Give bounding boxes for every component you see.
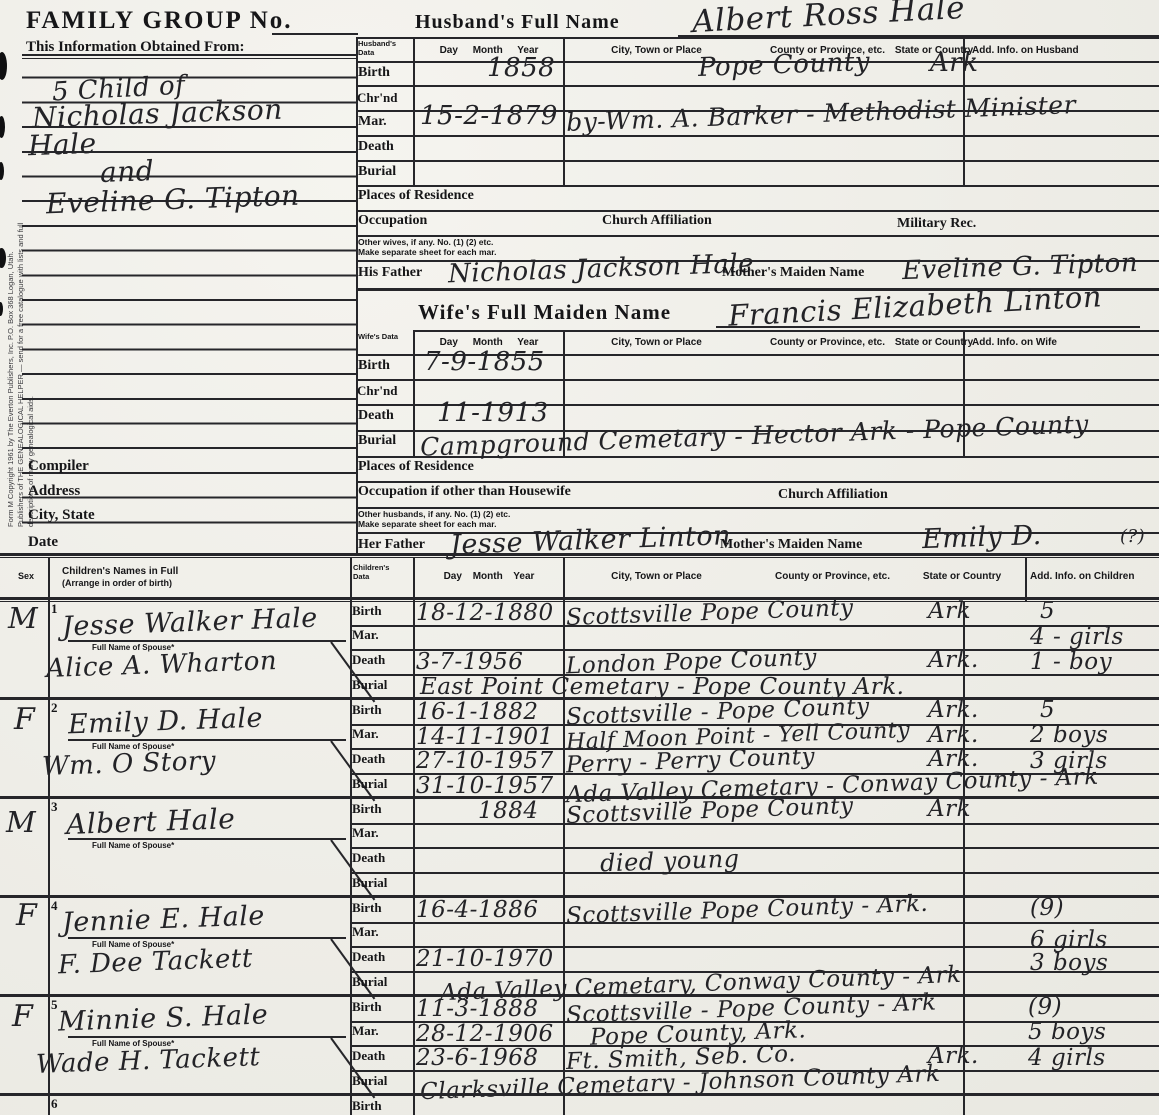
row-label: Chr'nd [357,91,397,104]
places-of-residence-label: Places of Residence [358,189,474,203]
scan-artifact [0,162,4,180]
rule-line [356,85,1159,87]
places-of-residence-label: Places of Residence [358,460,474,474]
wife-name-label: Wife's Full Maiden Name [418,302,671,323]
col-header-add-info: Add. Info. on Children [1030,571,1157,582]
column-line [1025,557,1027,601]
rule-line [0,557,1159,558]
row-label: Chr'nd [357,384,397,397]
column-line [413,557,415,1115]
child-number: 6 [51,1097,58,1110]
cell-state: Ark [930,50,978,76]
child-name: Minnie S. Hale [58,1001,269,1035]
church-affiliation-label: Church Affiliation [778,488,888,502]
row-label: Death [352,851,385,864]
cell-note: by-Wm. A. Barker - Methodist Minister [566,92,1077,135]
row-label: Birth [352,1099,382,1112]
her-father-label: Her Father [358,538,425,552]
scan-artifact [0,116,5,138]
row-label: Burial [358,434,396,448]
col-header-county: County or Province, etc. [745,571,920,582]
scan-artifact [0,52,7,80]
cell-date: 1858 [487,55,555,81]
cell-info: 5 boys [1028,1021,1106,1044]
cell-info: 5 [1040,600,1055,623]
row-label: Birth [352,901,382,914]
rule-line [0,1093,1159,1096]
row-label: Death [352,950,385,963]
row-label: Mar. [352,727,379,740]
rule-line [272,33,358,35]
rule-line [0,601,1159,602]
his-father-label: His Father [358,266,422,280]
row-label: Burial [352,678,387,691]
rule-line [0,553,1159,556]
cell-date: 15-2-1879 [420,103,558,129]
cell-date: 7-9-1855 [424,349,545,375]
address-label: Address [28,484,80,499]
cell-date: 1884 [478,800,539,823]
child-sex: M [6,808,36,837]
child-number: 4 [51,899,58,912]
cell-info: 5 [1040,699,1055,722]
cell-info: 4 girls [1028,1047,1106,1070]
husband-name-label: Husband's Full Name [415,12,620,32]
child-sex: F [12,1002,33,1032]
rule-line [350,847,1159,849]
child-name: Jesse Walker Hale [62,605,319,641]
cell-place: died young [600,847,740,876]
row-label: Death [352,752,385,765]
rule-line [350,823,1159,825]
col-header-add-info: Add. Info. on Wife [972,337,1159,348]
child-spouse: Wade H. Tackett [36,1044,261,1078]
row-label: Birth [358,66,390,80]
child-spouse: Alice A. Wharton [46,648,278,682]
cell-date: 3-7-1956 [416,651,523,674]
cell-info: 6 girls [1030,929,1108,952]
col-header-city: City, Town or Place [563,571,750,582]
cell-county: Pope County [698,49,871,81]
row-label: Death [352,1049,385,1062]
child-spouse: Wm. O Story [42,748,217,780]
row-label: Mar. [352,925,379,938]
rule-line [356,481,1159,483]
row-label: Death [358,409,394,423]
children-data-header: Children's Data [353,564,407,581]
rule-line [0,895,1159,898]
cell-state: Ark [928,798,971,821]
column-line [563,557,565,1115]
mothers-maiden-name-value: Eveline G. Tipton [902,250,1139,284]
rule-line [356,379,1159,381]
rule-line [716,326,1140,328]
child-number: 1 [51,602,58,615]
occupation-label: Occupation [358,214,427,228]
mothers-maiden-name-note: (?) [1120,528,1145,546]
row-label: Burial [352,1074,387,1087]
rule-line [0,597,1159,600]
child-number: 5 [51,998,58,1011]
row-label: Death [352,653,385,666]
cell-date: 31-10-1957 [416,775,554,798]
cell-state: Ark [928,600,971,623]
row-label: Burial [352,777,387,790]
rule-line [356,210,1159,212]
mothers-maiden-name-label: Mother's Maiden Name [722,266,864,280]
row-label: Burial [352,975,387,988]
col-header-children-names: Children's Names in Full [62,566,178,577]
column-line [963,601,965,1115]
col-header-state: State or Country [903,571,1021,582]
row-label: Birth [352,802,382,815]
child-sex: F [14,705,35,735]
rule-line [356,135,1159,137]
occupation-label: Occupation if other than Housewife [358,485,571,499]
scan-artifact [0,302,3,316]
rule-line [68,739,346,741]
info-obtained-label: This Information Obtained From: [26,40,245,55]
row-label: Birth [352,1000,382,1013]
husband-name-value: Albert Ross Hale [691,0,965,38]
col-header-day-month-year: Day Month Year [415,571,563,582]
column-line [413,330,415,456]
rule-line [68,838,346,840]
row-label: Mar. [352,1024,379,1037]
cell-date: 14-11-1901 [416,726,554,749]
cell-info: (9) [1028,996,1062,1019]
child-number: 3 [51,800,58,813]
cell-info: (9) [1030,897,1064,920]
cell-date: 16-4-1886 [416,899,538,922]
rule-line [356,37,1159,39]
info-note: and [100,157,155,187]
col-header-city: City, Town or Place [563,337,750,348]
cell-info: 1 - boy [1030,651,1112,674]
church-affiliation-label: Church Affiliation [602,214,712,228]
column-line [48,557,50,1115]
compiler-label: Compiler [28,459,89,474]
mothers-maiden-name-value: Emily D. [922,522,1043,553]
cell-state: Ark. [928,724,979,747]
rule-line [68,640,346,642]
child-spouse: F. Dee Tackett [58,946,254,979]
cell-date: 23-6-1968 [416,1047,538,1070]
cell-info: 3 boys [1030,952,1108,975]
mothers-maiden-name-label: Mother's Maiden Name [720,538,862,552]
cell-date: 11-1913 [437,400,549,426]
child-number: 2 [51,701,58,714]
child-sex: F [16,901,37,931]
husband-data-header: Husband's Data [358,40,412,57]
child-name: Albert Hale [66,805,236,839]
col-header-children-names-sub: (Arrange in order of birth) [62,579,172,589]
child-name: Emily D. Hale [68,705,264,739]
row-label: Mar. [352,628,379,641]
spouse-label: Full Name of Spouse* [92,841,174,850]
date-label: Date [28,535,58,550]
row-label: Death [358,140,394,154]
row-label: Birth [352,703,382,716]
cell-info: 2 boys [1030,724,1108,747]
form-title: FAMILY GROUP No. [26,8,293,33]
rule-line [356,160,1159,162]
row-label: Birth [358,359,390,373]
rule-line [0,994,1159,997]
cell-date: 18-12-1880 [416,602,554,625]
rule-line [413,330,1159,332]
child-sex: M [8,604,38,633]
col-header-sex: Sex [8,572,44,582]
rule-line [68,937,346,939]
rule-line [350,872,1159,874]
row-label: Birth [352,604,382,617]
cell-date: 28-12-1906 [416,1023,554,1046]
rule-line [0,697,1159,700]
row-label: Mar. [352,826,379,839]
cell-state: Ark. [928,699,979,722]
col-header-add-info: Add. Info. on Husband [972,45,1159,56]
family-group-sheet: Form M Copyright 1961 by The Everton Pub… [0,0,1159,1115]
info-note: Eveline G. Tipton [46,182,300,219]
city-state-label: City, State [28,508,95,523]
military-rec-label: Military Rec. [897,217,976,231]
other-wives-note: Make separate sheet for each mar. [358,248,496,258]
cell-date: 27-10-1957 [416,750,554,773]
rule-line [356,185,1159,187]
row-label: Burial [358,165,396,179]
cell-date: 16-1-1882 [416,701,538,724]
rule-line [68,1036,346,1038]
row-label: Burial [352,876,387,889]
cell-state: Ark. [928,649,979,672]
row-label: Mar. [358,115,387,129]
cell-info: 4 - girls [1030,626,1124,649]
wife-data-header: Wife's Data [358,333,402,342]
info-note: Hale [28,130,98,160]
cell-date: 11-3-1888 [416,998,538,1021]
cell-date: 21-10-1970 [416,948,554,971]
child-name: Jennie E. Hale [62,902,266,936]
rule-line [0,796,1159,799]
